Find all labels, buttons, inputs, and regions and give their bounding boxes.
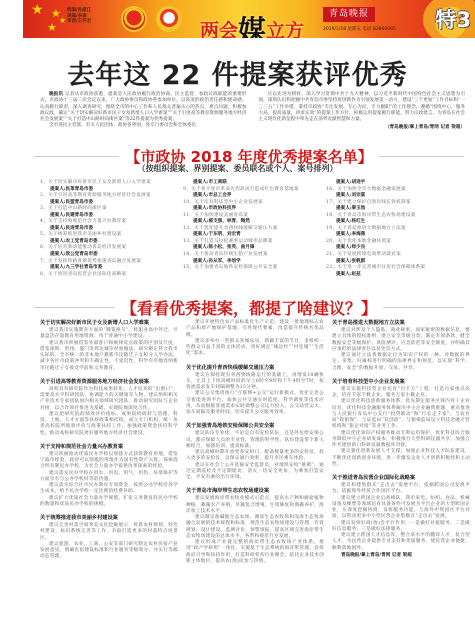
article-heading: 关于统筹推进我市美丽乡村建设案 [40,515,178,522]
cppcc-emblem-icon [156,6,182,32]
article-heading: 关于青岛市海岸带生态农牧场建设案 [186,488,324,495]
article-paragraph: 建议发展海岸带农牧业模式示范点，提高水产种和耐盐植物种植、蓄藻水产养殖、贝藻复合… [186,496,324,515]
honor-column: 1、关于切实解决好新市民子女及新增人口入学难案提案人:民革青岛市委2、关于引进高… [40,180,183,278]
article-paragraph: 建议完善村落空间秀美文化挖掘展示，将新农村规划、特色村建设，标识系统完善等工作，… [40,523,178,542]
article-paragraph: 建议实施科技型企业培育“百千万”工程，打造百家重点高企，培育千家千帆企业，服务万… [332,387,470,400]
article-column: 建议开展特色农产品标准化生产示范，建设一批地理标志农产品和原产地保护基地，引进现… [186,320,324,565]
newspaper-logo: 青岛晚报 [323,7,375,22]
article-paragraph: 建议优化知识产权服务推动专利运用保护，优化科技综合服务降低中小企业研发成本，积极… [332,431,470,450]
article-paragraph: 建议旅游、农业、工商、公安等部门研究制定农村民宿产业发展意见，明确民宿建设标准和… [40,542,178,561]
article-paragraph: 建议通过立法将数据定位为知识产权的一种，对数据的界定、采集、归属权进行明确的法律… [332,353,470,372]
intro-paragraph: 应以先进为榜样，深入学习贯彻中共十九大精神，以习近平新时代中国特色社会主义思想为… [259,92,466,123]
article-paragraph: 建议扩大优质社会力量办学规模，扩张义务教育段民办学校的数量和优质民办学校的规模。 [40,496,178,509]
intro-paragraph: 晚报讯 记者从市政协获悉，提案是人民政协履行政治协商、民主监督、参政议政职能的重… [40,92,247,123]
article-paragraph: 建议把研究院的绩效评价指标、成果院校研转与管理、科技、土地、人才方面等扶持政策相… [40,412,178,437]
article-paragraph: 建议建立跨国人才信息库，整合高水平的翻译人才，复合型人才，为民营企业提供专业支持… [332,533,470,552]
star-icon: ★ [59,17,66,25]
title-part: 两会 [200,20,238,38]
honor-column: 提案人:胡进宇16、关于加快全市大数据金融发展案提案人:刘宗富17、关于建立保护… [326,180,469,278]
section-heading: 【看看优秀提案，都提了啥建议？】 [115,296,383,319]
star-icon: ★ [31,3,44,17]
byline: 青岛晚报/掌上青岛/青网 记者 梁超 [332,553,470,559]
article-paragraph: 建议高峰时期开放更多安检口，配备数量更多的安检员，投入更多的安检仪，以保证通行效… [186,450,324,463]
article-heading: 关于推进青岛民营企业国际化战略案 [332,475,470,482]
article-paragraph: 建议构建集群式“走出去”发展平台，依据跨国公司发展平台，依据境外经贸合作园区平台… [332,483,470,496]
dateline: 2019/1/18 星期五 电话:82860085 [323,26,396,32]
article-paragraph: 建议对涉及个人隐私、商业秘密、国家秘密的数据信息，要建立具体的授权准则，建立安全… [332,328,470,353]
intro-column: 晚报讯 记者从市政协获悉，提案是人民政协履行政治协商、民主监督、参政议政职能的重… [40,92,247,132]
article-paragraph: 建议队伍专业化，不论是自有安检队伍，还是外包给安保公司，都应保障人员的专业性，管… [186,431,324,450]
masthead-banner: ★ ★ ★ ★ 统编/孙淑江 美编/李森 审读/王怀宏 两会媒立方 青岛晚报 2… [23,0,475,38]
page-number: 特3 [435,4,471,34]
proposal-title: 8、关于推进青岛民营企业国际化战略案 [40,272,183,279]
section-title-logo: 两会媒立方 [200,6,304,38]
article-paragraph: 建议我市积极借鉴外部客户和规律试点政策的区别及尺度，借鉴深圳、贵州、厦门等周边城… [40,341,178,372]
intro-column: 应以先进为榜样，深入学习贯彻中共十九大精神，以习近平新时代中国特色社会主义思想为… [259,92,466,132]
article-heading: 关于引进高等教育资源服务地方经济社会发展案 [40,379,178,386]
honor-list: 1、关于切实解决好新市民子女及新增人口入学难案提案人:民革青岛市委2、关于引进高… [40,180,470,278]
article-heading: 关于优化提升青西快线缓解交通压力案 [186,365,324,372]
honor-column: 提案人:市工商联9、关于将平度市革命先烈故居打造成红色教育基地案提案人:市总工会… [183,180,326,278]
article-heading: 关于培育科技型中小企业发展案 [332,379,470,386]
article-paragraph: 建议公交集团推行“互联网+公交”运行新模式，优化完善公交智能查询平台，加快公共交… [186,391,324,416]
article-paragraph: 建议强化创新发展人才支撑，加强企业科技人才队伍建设，不断优化创新创业环境，进一步… [332,449,470,468]
proposer-name: 提案人:赵兹 [326,272,469,279]
honor-list-subtitle: （按组织提案、界别提案、委员联名或个人、案号排列） [0,163,475,174]
article-paragraph: 建议发挥好商(协)会平台作用，一是做好对接服务，二是做好信息服务，三是做好法律服… [332,521,470,534]
articles-title: 【看看优秀提案，都提了啥建议？】 [34,296,464,319]
article-paragraph: 建议在保持现有青西快线路运行的基础上，再增发10辆快车，尤其上下班高峰时段的早上… [186,373,324,392]
article-paragraph: 建议在社会上公开选拔安全监督员，对地铁安检“挑刺”，通过定期巡检及不定期暗访，消… [186,463,324,482]
divider [379,156,464,157]
article-paragraph: 建议制定盐碱地生态农场、滩涂生态农牧场和浅海生态牧场融合发展的技术规程和标准，规… [186,515,324,540]
article-heading: 关于加强青岛地铁安检保障公共安全案 [186,423,324,430]
national-emblem-icon [121,6,147,32]
byline: （青岛晚报/掌上青岛/青网 记者 梁超） [259,125,466,131]
lead-tag: 晚报讯 [49,92,63,97]
article-paragraph: 建议多举办一些群众喜闻乐见、新颖丰富的节目，多组织一些群众日益丰富的文体活动，更… [186,339,324,358]
editor-credits: 统编/孙淑江 美编/李森 审读/王怀宏 [67,8,91,25]
proposal-title: 15、关于加强青岛地铁安检保障公共安全案 [183,265,326,272]
article-paragraph: 建议落实综合区市民办教育专项资金，按照公办学校培养学生成本，给予民办学校一定比例… [40,483,178,496]
article-column: 关于青岛推进大数据地方立法案建议对涉及个人隐私、商业秘密、国家秘密的数据信息，要… [332,320,470,565]
divider [34,156,119,157]
article-paragraph: 建议积极推动优质民办学校以划拨方式获得教育用地，借鉴宁波市经验，政府可以划拨的用… [40,452,178,471]
credit-line: 统编/孙淑江 [67,8,91,14]
star-icon: ★ [47,22,57,33]
article-column: 关于切实解决好新市民子女及新增人口入学难案建议我市实施教育方面的“腾笼换鸟”，将… [40,320,178,565]
article-paragraph: 建议优化科技创新服务体系，优先制定服务区域内骨干企业培育，优化科技金融服务体系解… [332,399,470,430]
article-paragraph: 建议我市实施教育方面的“腾笼换鸟”，将职业高中外迁，尽量盘活存量教育用地资源，用… [40,328,178,341]
article-paragraph: 建议建立跨国企业后备梯队，我市家电、纺织、食品、机械设备及橡塑等领域培育具备条件… [332,496,470,521]
paragraph-text: 记者从市政协获悉，提案是人民政协履行政治协商、民主监督、参政议政职能的重要形式。… [40,92,247,122]
article-paragraph: 建议开展特色农产品标准化生产示范，建设一批地理标志农产品和原产地保护基地，引进现… [186,320,324,339]
article-heading: 关于青岛推进大数据地方立法案 [332,320,470,327]
article-paragraph: 高校具有研究院作为科技成果转化、人才培养的“出窗口”，需要高水平科研团队，协调能… [40,387,178,412]
credit-line: 审读/王怀宏 [67,19,91,25]
divider [34,307,115,308]
article-heading: 关于支持和规范社会力量兴办教育案 [40,444,178,451]
intro-paragraph: 全市各民主党派、有关人民团体、政协各界别、各专门委员会和全体委员 [40,123,247,129]
article-heading: 关于切实解决好新市民子女及新增人口入学难案 [40,320,178,327]
title-big-char: 媒 [238,14,266,38]
article-paragraph: 建议落实民办学校在用水、用电、用气、用热、环境保护等方面享有与公办学校同等的待遇… [40,471,178,484]
title-part: 立方 [266,20,304,38]
headline: 去年这 22 件提案获评优秀 [0,53,475,92]
article-paragraph: 建议形成产业链完整的海岸带生态农牧场产业体系，推进“政产学研用”一体化，实施基于… [186,540,324,565]
intro-text: 晚报讯 记者从市政协获悉，提案是人民政协履行政治协商、民主监督、参政议政职能的重… [40,92,465,132]
proposal-articles: 关于切实解决好新市民子女及新增人口入学难案建议我市实施教育方面的“腾笼换鸟”，将… [40,320,470,565]
divider [383,307,464,308]
